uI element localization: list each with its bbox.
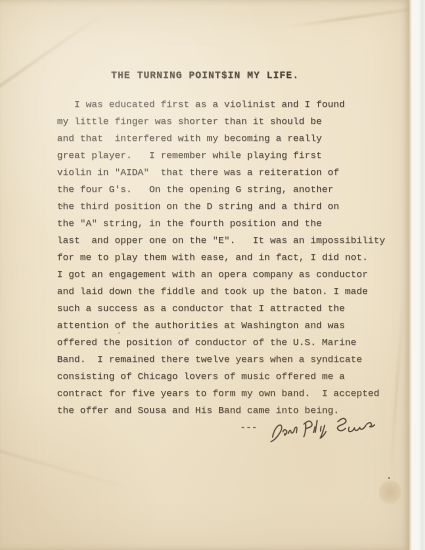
paper-crease bbox=[0, 9, 109, 97]
signature-block: --- bbox=[240, 413, 375, 443]
paper-crease bbox=[0, 446, 139, 492]
letter-body: I was educated first as a violinist and … bbox=[57, 96, 402, 419]
ink-speck bbox=[388, 477, 390, 479]
document-title: THE TURNING POINT$IN MY LIFE. bbox=[0, 70, 410, 81]
body-line: and that interfered with my becoming a r… bbox=[57, 130, 402, 147]
body-line: and laid down the fiddle and took up the… bbox=[57, 283, 402, 300]
body-line: the "A" string, in the fourth position a… bbox=[57, 215, 402, 232]
body-line: attention of the authorities at Washingt… bbox=[57, 317, 402, 334]
body-line: I got an engagement with an opera compan… bbox=[57, 266, 402, 283]
body-line: for me to play them with ease, and in fa… bbox=[57, 249, 402, 266]
paper-sheet: THE TURNING POINT$IN MY LIFE. I was educ… bbox=[0, 0, 410, 550]
scanned-letter: THE TURNING POINT$IN MY LIFE. I was educ… bbox=[0, 0, 425, 550]
signature-script bbox=[262, 409, 376, 447]
body-line: great player. I remember while playing f… bbox=[57, 147, 402, 164]
paper-crease bbox=[287, 6, 425, 28]
body-line: the third position on the D string and a… bbox=[57, 198, 402, 215]
body-line: last and opper one on the "E". It was an… bbox=[57, 232, 402, 249]
typed-dashes: --- bbox=[240, 422, 257, 433]
body-line: the four G's. On the opening G string, a… bbox=[57, 181, 402, 198]
body-line: offered the position of conductor of the… bbox=[57, 334, 402, 351]
body-line: Band. I remained there twelve years when… bbox=[57, 351, 402, 368]
body-line: violin in "AIDA" that there was a reiter… bbox=[57, 164, 402, 181]
body-line: contract for five years to form my own b… bbox=[57, 385, 402, 402]
body-line: consisting of Chicago lovers of music of… bbox=[57, 368, 402, 385]
paper-stain bbox=[379, 481, 401, 505]
body-line: such a success as a conductor that I att… bbox=[57, 300, 402, 317]
body-line: my little finger was shorter than it sho… bbox=[57, 113, 402, 130]
body-line: I was educated first as a violinist and … bbox=[57, 96, 402, 113]
scan-background-edge bbox=[409, 0, 425, 550]
